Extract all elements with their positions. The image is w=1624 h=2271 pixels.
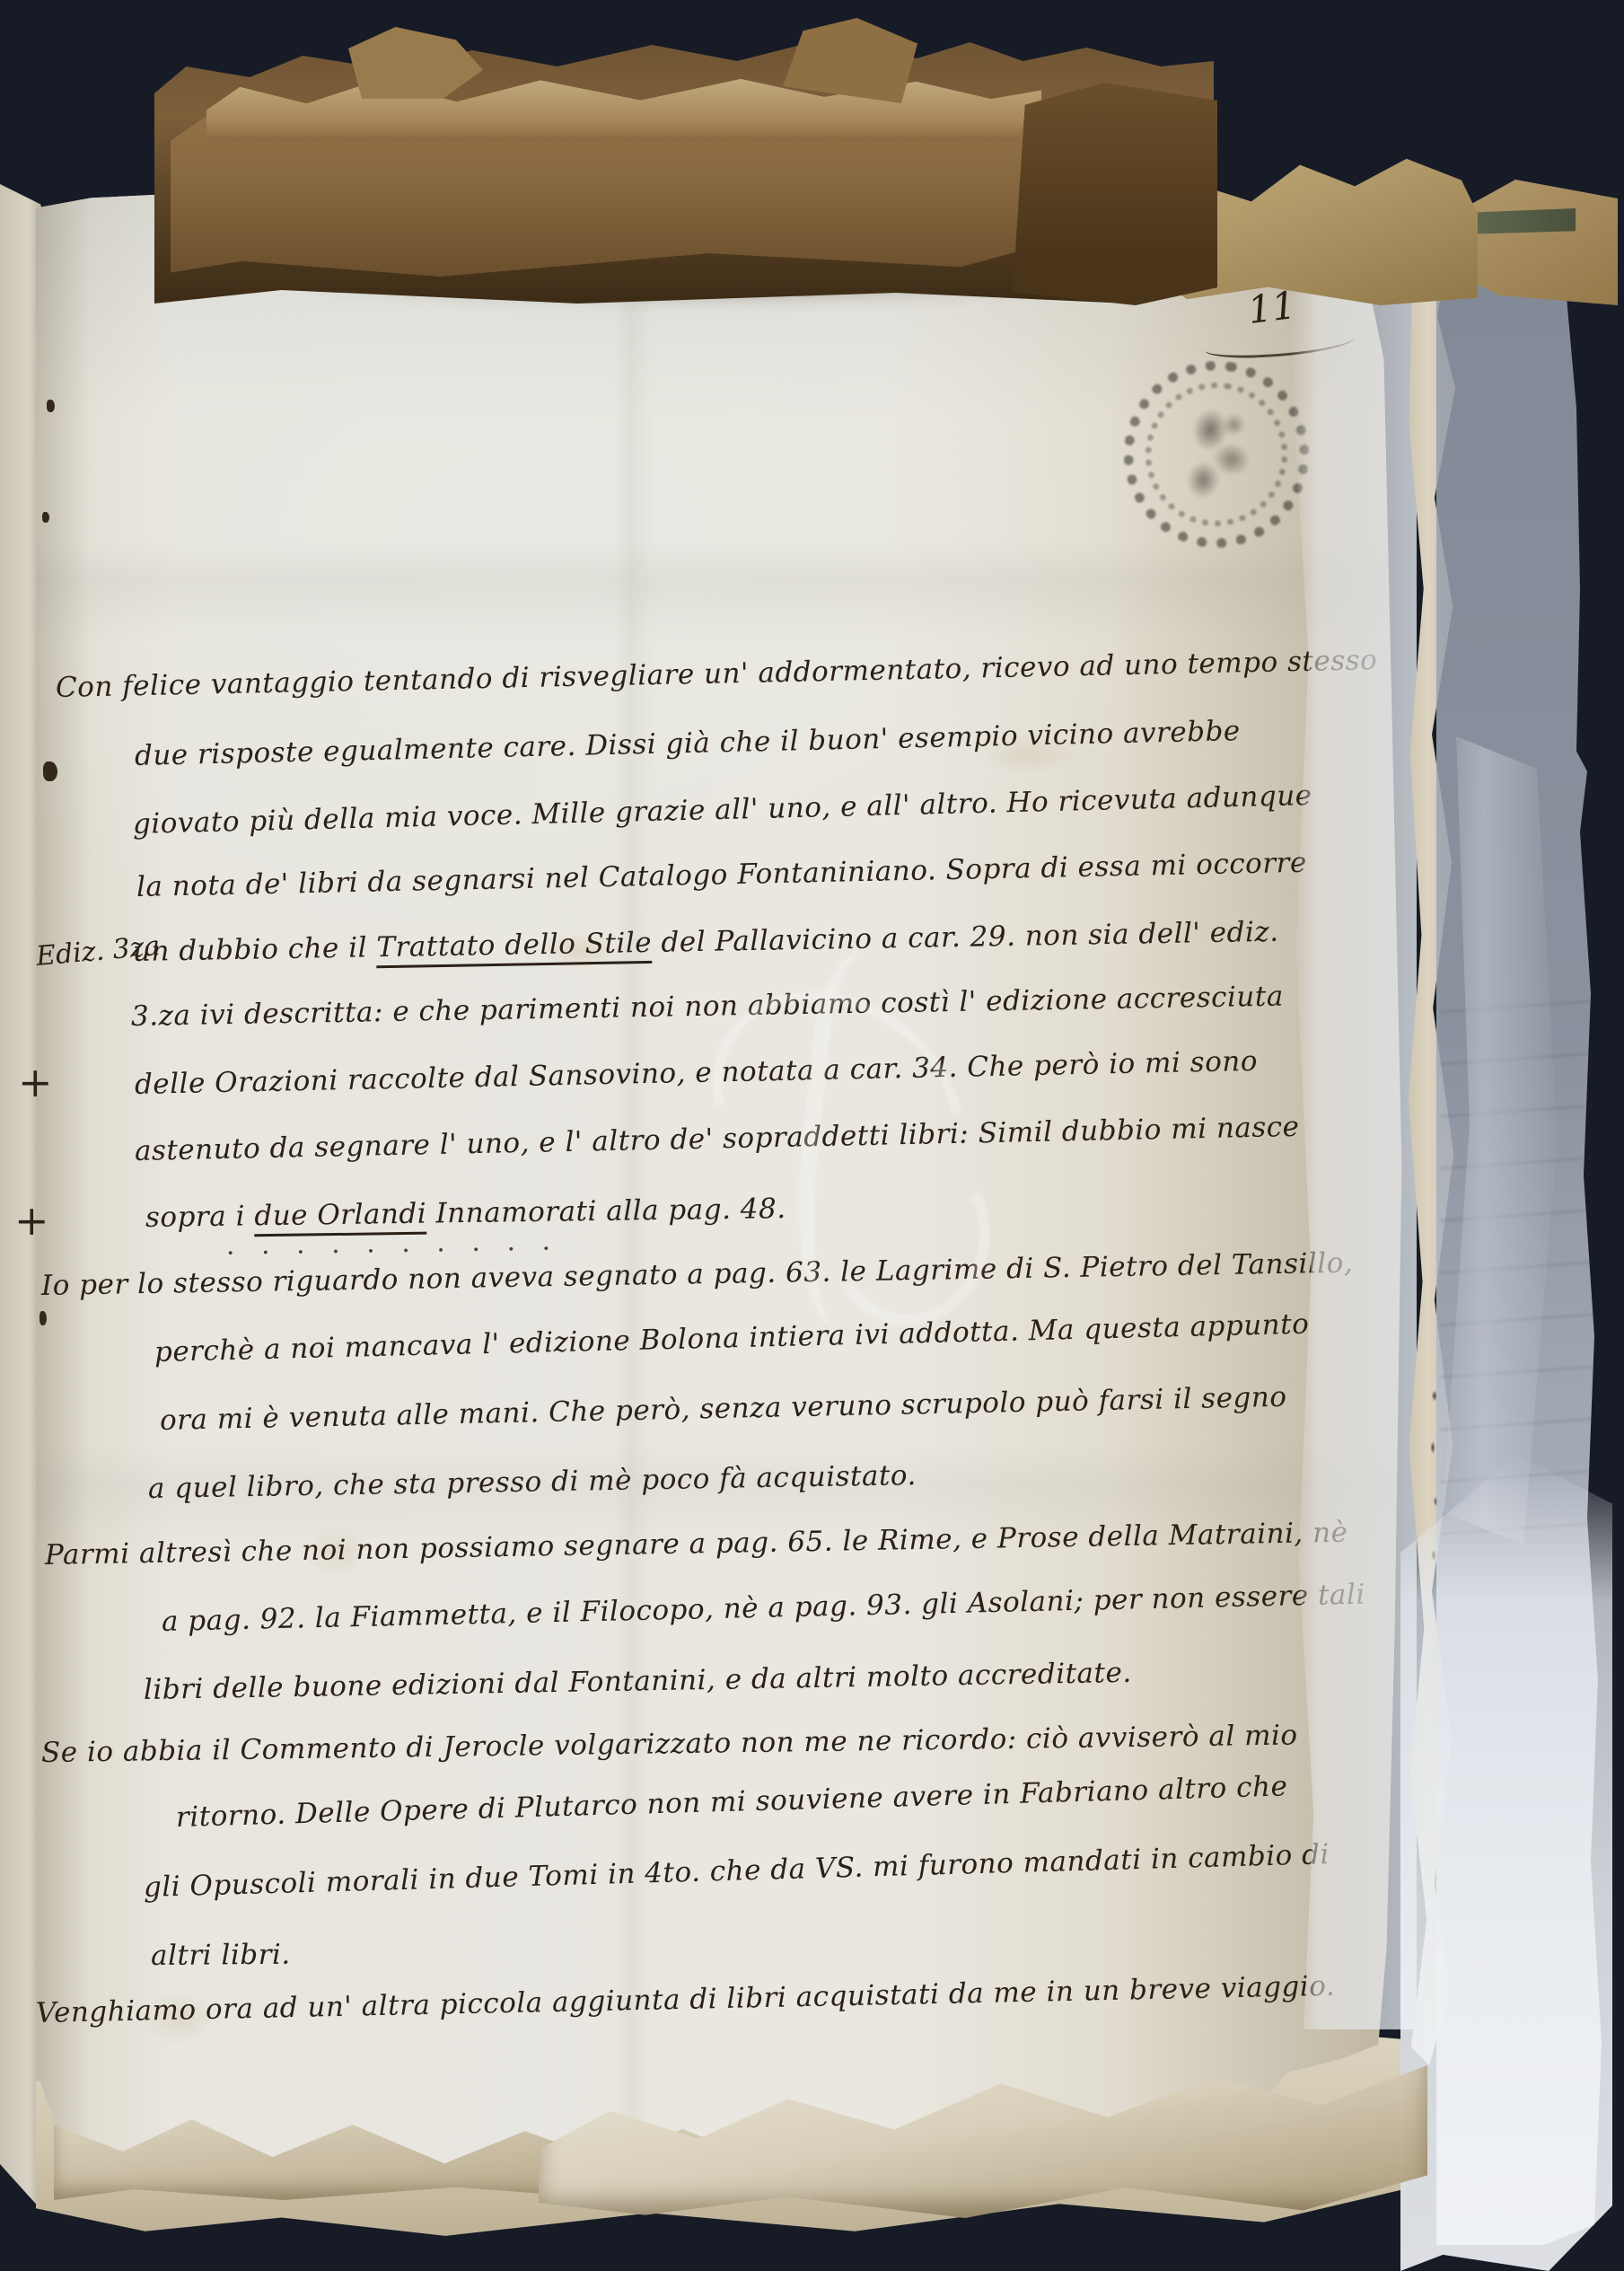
manuscript-line: a quel libro, che sta presso di mè poco …: [148, 1459, 917, 1505]
manuscript-line: a pag. 92. la Fiammetta, e il Filocopo, …: [162, 1579, 1366, 1638]
underlined-title: due Orlandi: [254, 1198, 426, 1237]
manuscript-line: 3.za ivi descritta: e che parimenti noi …: [131, 981, 1284, 1033]
margin-note: +: [14, 1196, 49, 1245]
manuscript-line: Con felice vantaggio tentando di risvegl…: [56, 644, 1378, 704]
margin-note: +: [18, 1058, 53, 1106]
kraft-shadow: [162, 262, 1221, 316]
underlined-title: Trattato dello Stile: [376, 927, 652, 968]
manuscript-line: ritorno. Delle Opere di Plutarco non mi …: [175, 1770, 1287, 1834]
manuscript-line: ora mi è venuta alle mani. Che però, sen…: [160, 1381, 1287, 1437]
photograph-canvas: della villeggiatura, di cui io già aveva…: [0, 0, 1624, 2271]
manuscript-line: libri delle buone edizioni dal Fontanini…: [144, 1657, 1132, 1706]
bleedthrough-writing: [1440, 988, 1593, 1545]
manuscript-line: Venghiamo ora ad un' altra piccola aggiu…: [36, 1970, 1336, 2029]
manuscript-line: astenuto da segnare l' uno, e l' altro d…: [135, 1111, 1300, 1167]
manuscript-line: due risposte egualmente care. Dissi già …: [135, 715, 1241, 772]
manuscript-line: giovato più della mia voce. Mille grazie…: [133, 779, 1312, 841]
manuscript-line: gli Opuscoli morali in due Tomi in 4to. …: [143, 1838, 1330, 1904]
manuscript-line: delle Orazioni raccolte dal Sansovino, e…: [135, 1045, 1259, 1101]
manuscript-line: sopra i due Orlandi Innamorati alla pag.…: [145, 1193, 786, 1234]
manuscript-line: perchè a noi mancava l' edizione Bolona …: [154, 1308, 1310, 1369]
manuscript-line: Parmi altresì che noi non possiamo segna…: [45, 1517, 1348, 1571]
manuscript-line: un dubbio che il Trattato dello Stile de…: [133, 916, 1279, 968]
manuscript-line: Se io abbia il Commento di Jerocle volga…: [41, 1719, 1298, 1769]
manuscript-line: la nota de' libri da segnarsi nel Catalo…: [136, 847, 1307, 903]
manuscript-line: altri libri.: [151, 1939, 291, 1972]
